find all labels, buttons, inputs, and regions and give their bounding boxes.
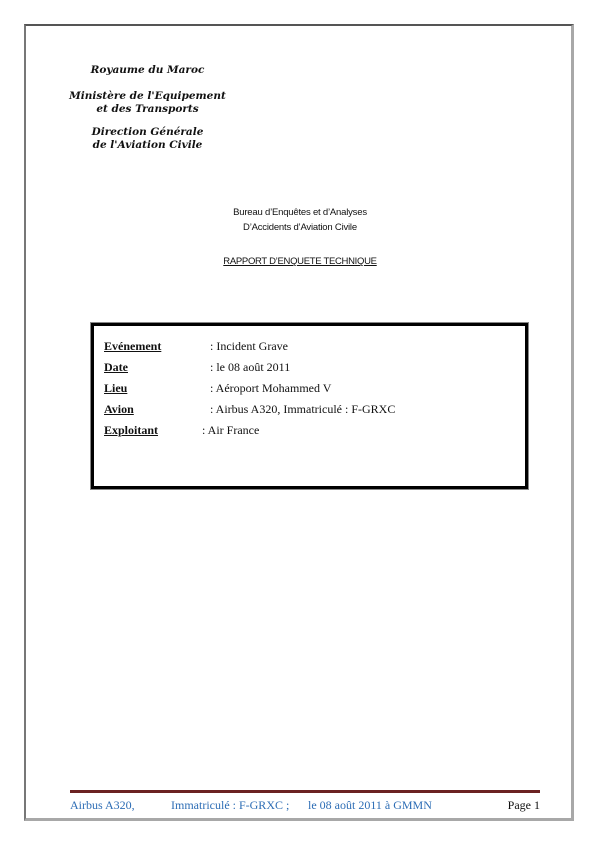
report-title: RAPPORT D’ENQUETE TECHNIQUE	[150, 256, 450, 267]
info-label: Evénement	[104, 338, 161, 354]
direction-heading: Direction Générale de l'Aviation Civile	[60, 126, 235, 152]
direction-line-1: Direction Générale	[60, 126, 235, 139]
footer-date-place: le 08 août 2011 à GMMN	[308, 797, 432, 813]
info-value: : Aéroport Mohammed V	[210, 380, 331, 396]
info-value: : le 08 août 2011	[210, 359, 290, 375]
info-label: Exploitant	[104, 422, 158, 438]
info-value: : Air France	[202, 422, 259, 438]
bureau-heading: Bureau d’Enquêtes et d’Analyses D’Accide…	[150, 205, 450, 235]
footer-registration: Immatriculé : F-GRXC ;	[171, 797, 289, 813]
bureau-line-2: D’Accidents d’Aviation Civile	[150, 220, 450, 235]
page-footer: Airbus A320, Immatriculé : F-GRXC ; le 0…	[70, 797, 540, 813]
footer-aircraft: Airbus A320,	[70, 797, 135, 813]
info-value: : Incident Grave	[210, 338, 288, 354]
info-label: Date	[104, 359, 128, 375]
info-label: Lieu	[104, 380, 127, 396]
event-info-box: Evénement : Incident Grave Date : le 08 …	[91, 323, 528, 489]
ministry-line-2: et des Transports	[60, 103, 235, 116]
direction-line-2: de l'Aviation Civile	[60, 139, 235, 152]
bureau-line-1: Bureau d’Enquêtes et d’Analyses	[150, 205, 450, 220]
info-label: Avion	[104, 401, 134, 417]
kingdom-heading: Royaume du Maroc	[60, 64, 235, 77]
page-number: Page 1	[508, 797, 540, 813]
kingdom-text: Royaume du Maroc	[60, 64, 235, 77]
footer-rule	[70, 790, 540, 793]
ministry-line-1: Ministère de l'Equipement	[60, 90, 235, 103]
ministry-heading: Ministère de l'Equipement et des Transpo…	[60, 90, 235, 116]
info-value: : Airbus A320, Immatriculé : F-GRXC	[210, 401, 395, 417]
